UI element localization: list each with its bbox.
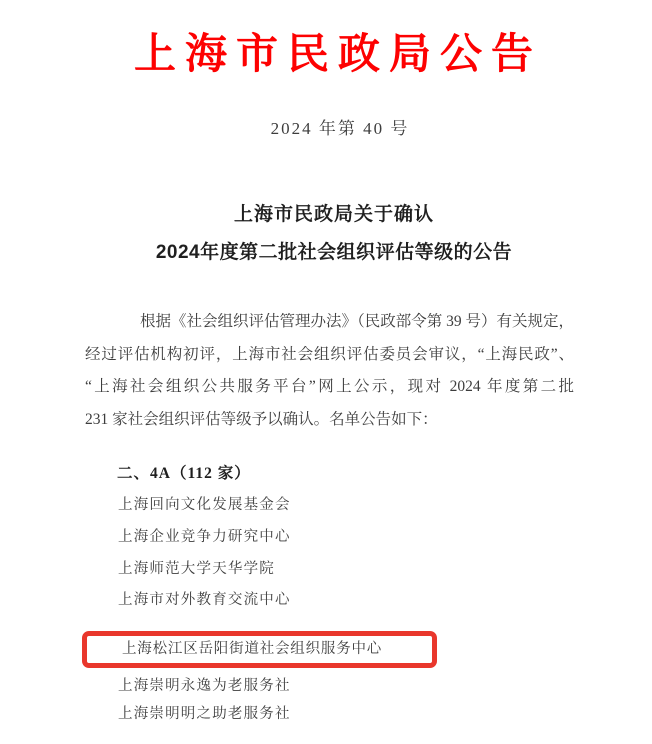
subject-heading-line-1: 上海市民政局关于确认 <box>8 199 652 226</box>
body-paragraph: 根据《社会组织评估管理办法》（民政部令第 39 号）有关规定， 经过评估机构初评… <box>85 306 574 436</box>
org-list-item: 上海崇明明之助老服务社 <box>118 707 291 722</box>
body-paragraph-line: 经过评估机构初评，上海市社会组织评估委员会审议，“上海民政”、 <box>85 339 574 372</box>
red-highlight-annotation-box: 上海松江区岳阳街道社会组织服务中心 <box>82 631 437 668</box>
org-list-item: 上海崇明永逸为老服务社 <box>118 679 291 694</box>
section-heading-4a: 二、4A（112 家） <box>117 466 251 482</box>
org-list-item: 上海企业竞争力研究中心 <box>118 530 291 545</box>
document-title: 上海市民政局公告 <box>12 21 652 81</box>
announcement-document-page: 上海市民政局公告 2024 年第 40 号 上海市民政局关于确认 2024年度第… <box>0 0 652 744</box>
body-paragraph-line: “上海社会组织公共服务平台”网上公示，现对 2024 年度第二批 <box>85 371 574 404</box>
org-list-item: 上海市对外教育交流中心 <box>118 593 291 608</box>
body-paragraph-line: 231 家社会组织评估等级予以确认。名单公告如下： <box>85 404 574 437</box>
document-number: 2024 年第 40 号 <box>14 114 652 139</box>
org-list-item: 上海回向文化发展基金会 <box>118 498 291 513</box>
body-paragraph-line: 根据《社会组织评估管理办法》（民政部令第 39 号）有关规定， <box>85 306 574 339</box>
org-list-item: 上海师范大学天华学院 <box>118 562 275 577</box>
subject-heading-line-2: 2024年度第二批社会组织评估等级的公告 <box>8 237 652 264</box>
highlighted-org-list-item: 上海松江区岳阳街道社会组织服务中心 <box>87 642 382 657</box>
